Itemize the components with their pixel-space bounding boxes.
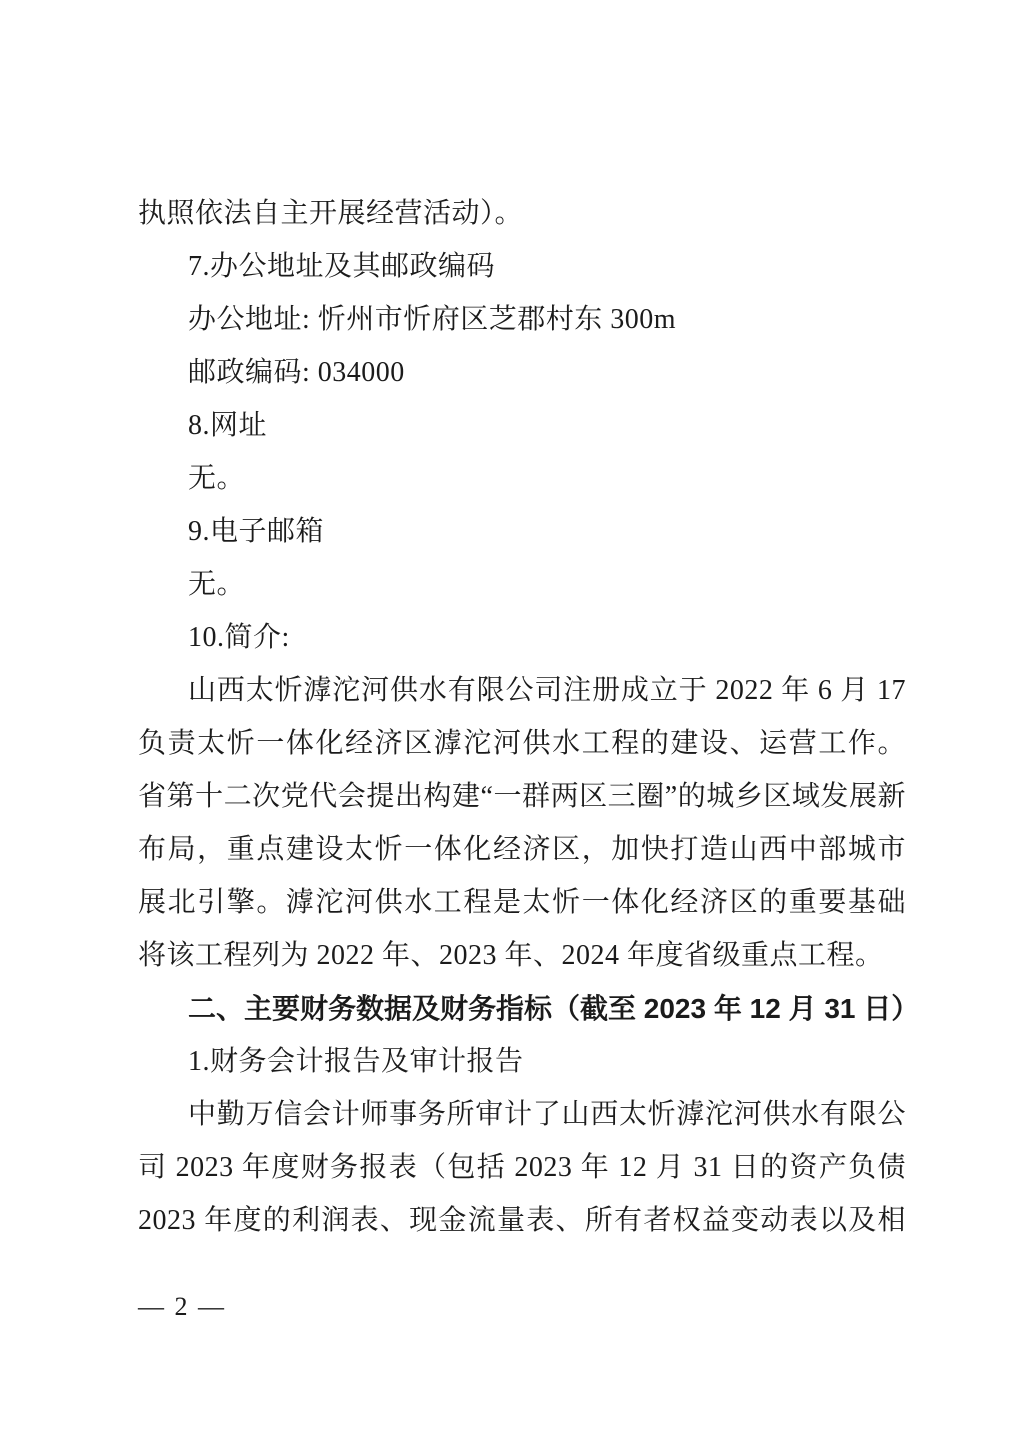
doc-profile-paragraph-l2: 负责太忻一体化经济区滹沱河供水工程的建设、运营工作。山西 [138, 717, 906, 770]
page-number: — 2 — [138, 1292, 226, 1322]
doc-website-value-none: 无。 [138, 452, 906, 505]
doc-item-10-profile: 10.简介: [138, 611, 906, 664]
doc-profile-paragraph-l3: 省第十二次党代会提出构建“一群两区三圈”的城乡区域发展新 [138, 770, 906, 823]
document-page: 执照依法自主开展经营活动）。 7.办公地址及其邮政编码 办公地址: 忻州市忻府区… [0, 0, 1024, 1448]
doc-postal-code-value: 邮政编码: 034000 [138, 346, 906, 399]
doc-profile-paragraph-l6: 将该工程列为 2022 年、2023 年、2024 年度省级重点工程。 [138, 929, 906, 982]
section-heading-financial-data: 二、主要财务数据及财务指标（截至 2023 年 12 月 31 日） [138, 982, 906, 1035]
doc-item-7-office-address: 7.办公地址及其邮政编码 [138, 240, 906, 293]
doc-audit-paragraph-l2: 司 2023 年度财务报表（包括 2023 年 12 月 31 日的资产负债表， [138, 1141, 906, 1194]
doc-line-continuation: 执照依法自主开展经营活动）。 [138, 187, 906, 240]
doc-profile-paragraph-l5: 展北引擎。滹沱河供水工程是太忻一体化经济区的重要基础项目， [138, 876, 906, 929]
doc-item-8-website: 8.网址 [138, 399, 906, 452]
doc-item-9-email: 9.电子邮箱 [138, 505, 906, 558]
doc-item-1-audit-report: 1.财务会计报告及审计报告 [138, 1035, 906, 1088]
doc-profile-paragraph-l4: 布局，重点建设太忻一体化经济区，加快打造山西中部城市群发 [138, 823, 906, 876]
doc-audit-paragraph-l3: 2023 年度的利润表、现金流量表、所有者权益变动表以及相关 [138, 1194, 906, 1247]
doc-profile-paragraph-l1: 山西太忻滹沱河供水有限公司注册成立于 2022 年 6 月 17 日， [138, 664, 906, 717]
doc-email-value-none: 无。 [138, 558, 906, 611]
doc-audit-paragraph-l1: 中勤万信会计师事务所审计了山西太忻滹沱河供水有限公 [138, 1088, 906, 1141]
doc-office-address-value: 办公地址: 忻州市忻府区芝郡村东 300m [138, 293, 906, 346]
document-body: 执照依法自主开展经营活动）。 7.办公地址及其邮政编码 办公地址: 忻州市忻府区… [138, 187, 906, 1247]
